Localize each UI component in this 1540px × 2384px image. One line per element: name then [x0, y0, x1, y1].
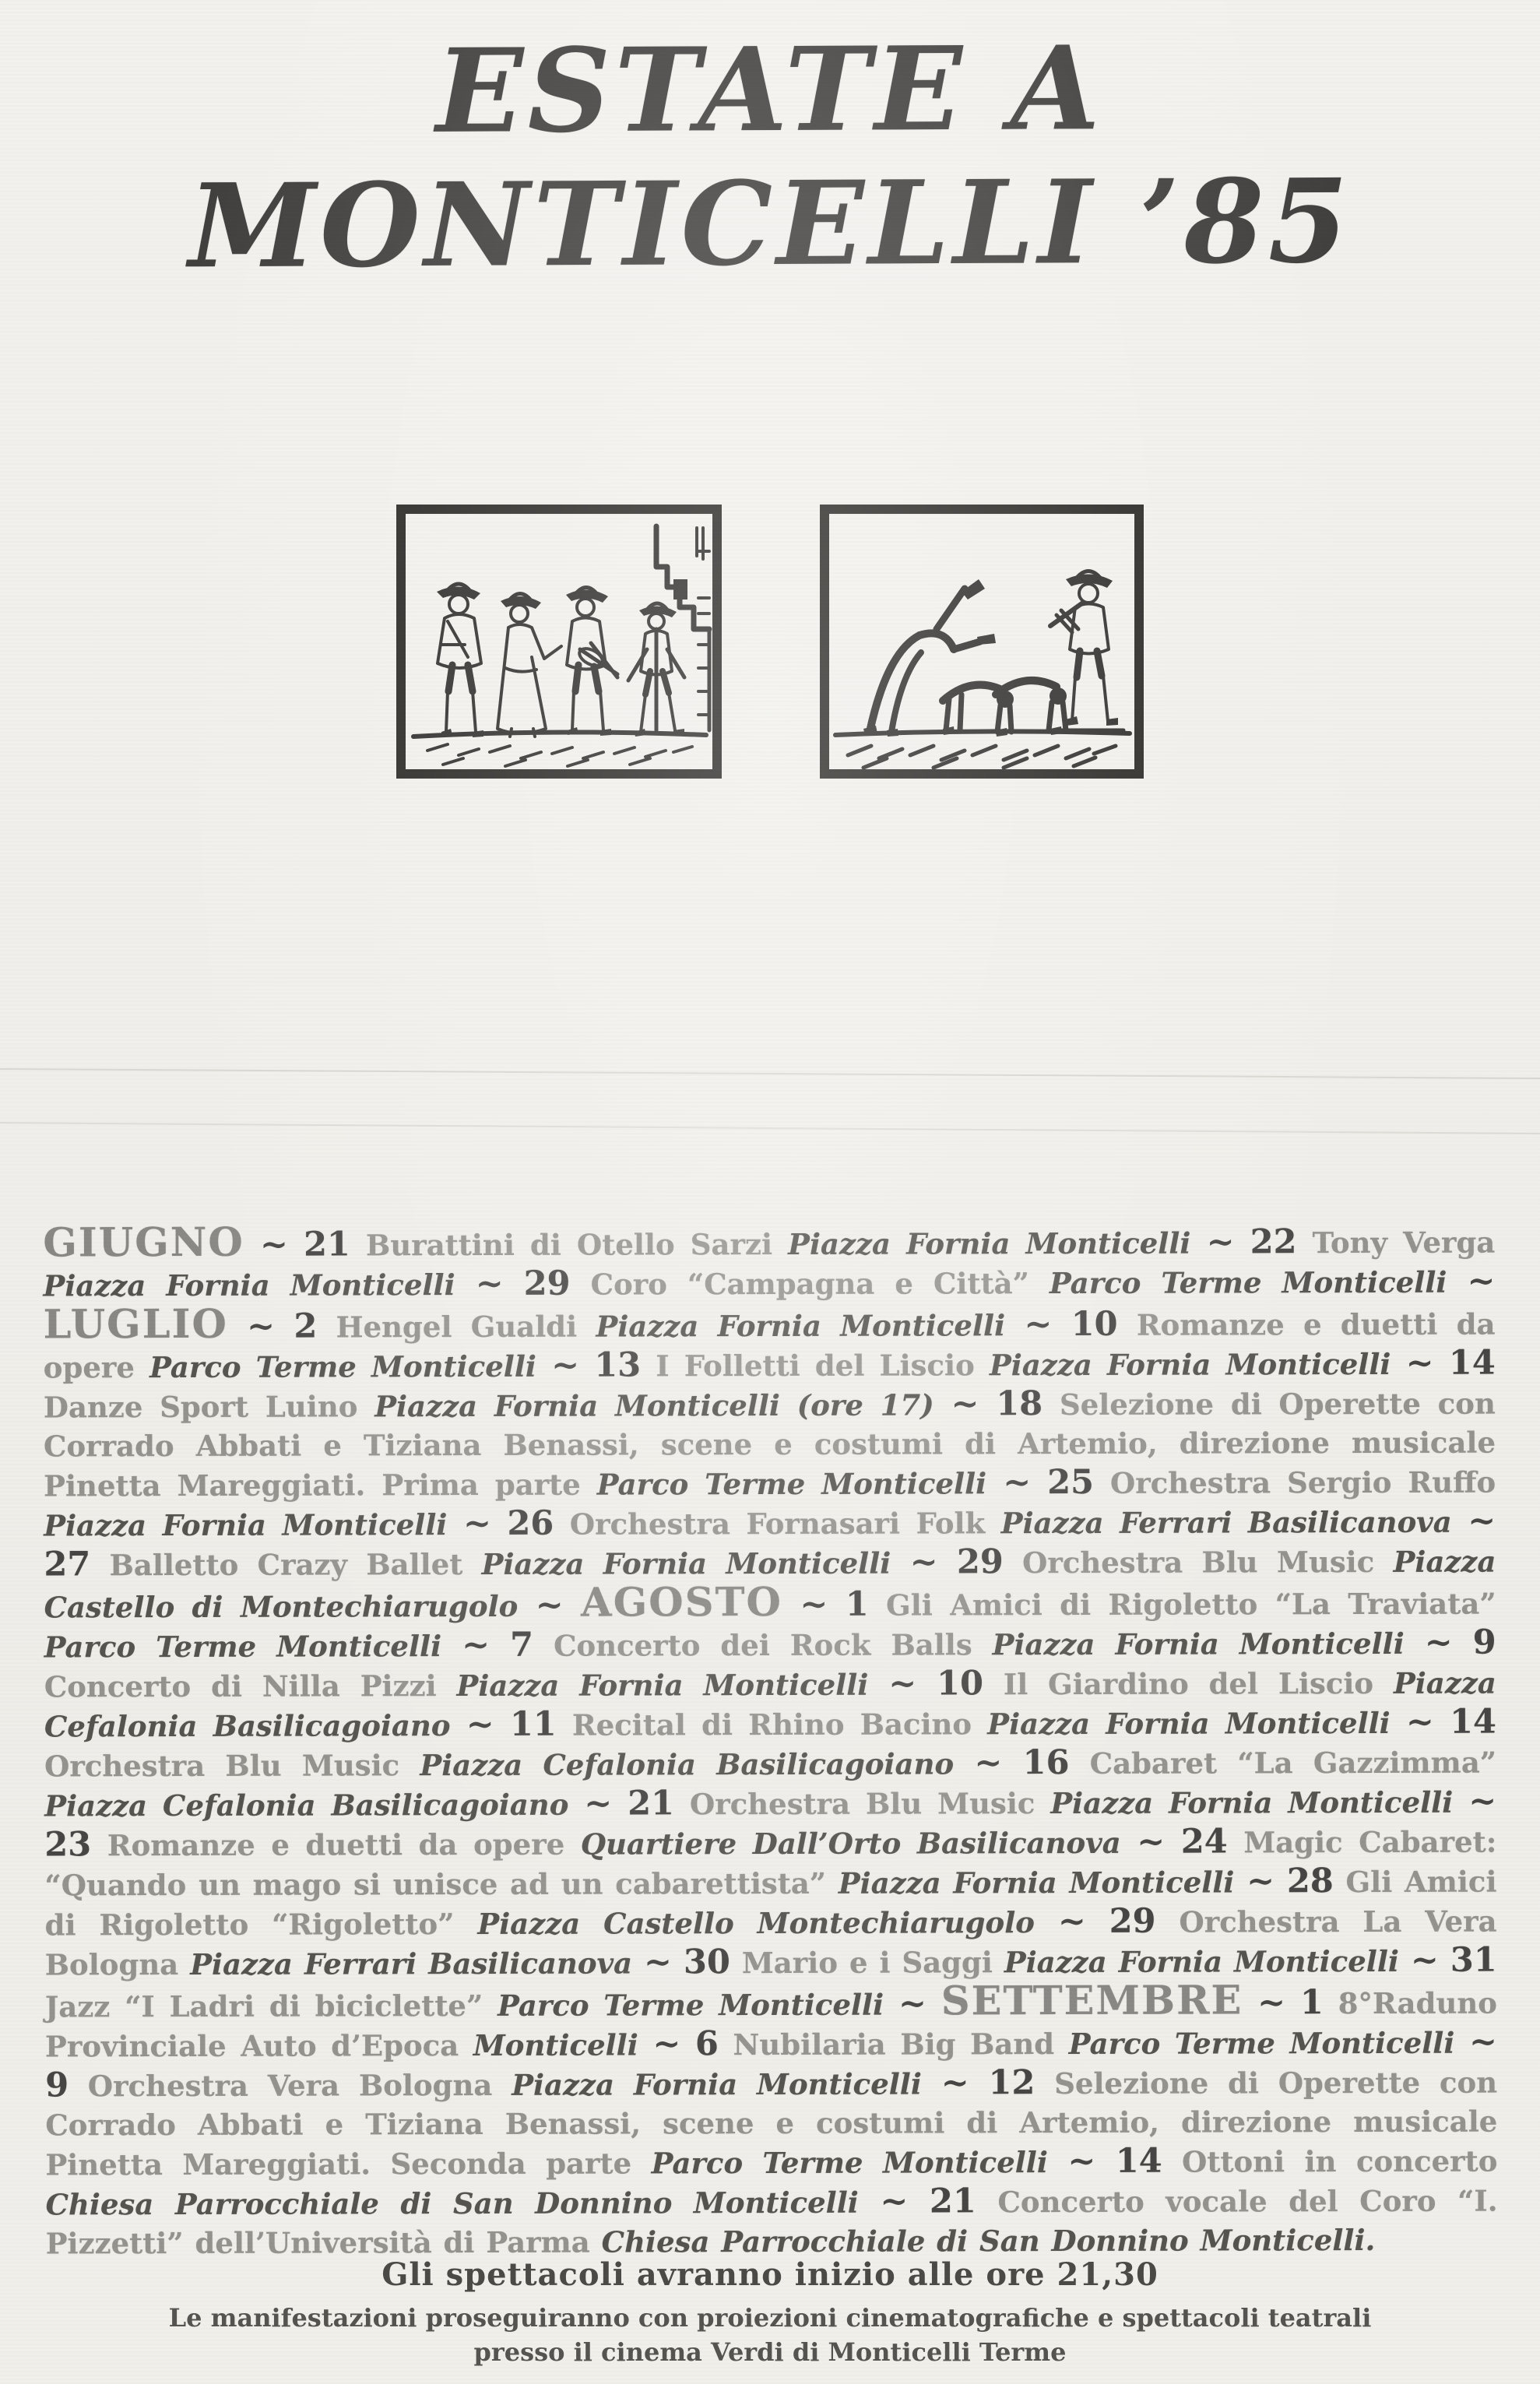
event-venue: Piazza Castello Montechiarugolo: [477, 1905, 1035, 1941]
page-title: ESTATE A MONTICELLI ’85: [0, 20, 1540, 294]
separator-tilde: ~: [1406, 1344, 1434, 1383]
event-date: 9: [45, 2066, 69, 2104]
separator-tilde: ~: [1468, 1502, 1496, 1541]
month-heading: SETTEMBRE: [941, 1977, 1243, 2024]
separator-tilde: ~: [888, 1665, 916, 1704]
separator-tilde: ~: [652, 2024, 680, 2063]
event-venue: Piazza Cefalonia Basilicagoiano: [420, 1746, 954, 1782]
separator-tilde: ~: [1246, 1862, 1275, 1901]
separator-tilde: ~: [260, 1225, 288, 1264]
separator-tilde: ~: [1257, 1983, 1285, 2022]
event-date: 16: [1023, 1743, 1070, 1782]
event-venue: Quartiere Dall’Orto Basilicanova: [581, 1826, 1121, 1862]
event-venue: Parco Terme Monticelli: [149, 1349, 536, 1384]
separator-tilde: ~: [1206, 1222, 1234, 1261]
event-venue: Parco Terme Monticelli: [652, 2145, 1048, 2180]
separator-tilde: ~: [951, 1384, 979, 1423]
event-name: Ottoni in concerto: [1182, 2144, 1497, 2179]
event-name: Orchestra Blu Music: [1022, 1545, 1374, 1580]
separator-tilde: ~: [551, 1346, 579, 1385]
month-heading: GIUGNO: [43, 1219, 244, 1267]
separator-tilde: ~: [1468, 1782, 1496, 1821]
event-name: Danze Sport Luino: [44, 1389, 358, 1424]
event-venue: Piazza Fornia Monticelli: [993, 1626, 1405, 1661]
event-date: 29: [524, 1264, 571, 1303]
event-name: Nubilaria Big Band: [733, 2027, 1054, 2062]
poster-page: ESTATE A MONTICELLI ’85: [0, 0, 1540, 2384]
event-date: 22: [1250, 1222, 1297, 1261]
event-venue: Piazza Fornia Monticelli: [596, 1308, 1005, 1343]
separator-tilde: ~: [247, 1307, 275, 1346]
event-name: Concerto di Nilla Pizzi: [44, 1668, 437, 1704]
event-date: 21: [304, 1225, 350, 1264]
event-name: Tony Verga: [1313, 1225, 1496, 1261]
event-date: 6: [695, 2024, 719, 2063]
event-venue: Piazza Fornia Monticelli: [43, 1268, 455, 1303]
event-venue: Piazza Fornia Monticelli: [788, 1226, 1190, 1261]
continuation-note: Le manifestazioni proseguiranno con proi…: [0, 2303, 1540, 2333]
separator-tilde: ~: [1003, 1463, 1031, 1502]
event-date: 13: [594, 1345, 641, 1384]
separator-tilde: ~: [536, 1586, 564, 1625]
event-venue: Piazza Fornia Monticelli: [839, 1865, 1235, 1900]
separator-tilde: ~: [880, 2182, 908, 2221]
separator-tilde: ~: [910, 1542, 938, 1581]
month-heading: AGOSTO: [581, 1579, 782, 1626]
event-venue: Piazza Fornia Monticelli: [1004, 1944, 1399, 1979]
event-name: Gli Amici di Rigoletto “La Traviata”: [886, 1587, 1496, 1623]
event-date: 29: [957, 1542, 1004, 1581]
event-name: Balletto Crazy Ballet: [109, 1547, 462, 1582]
event-date: 1: [1300, 1983, 1324, 2022]
event-venue: Piazza Fornia Monticelli: [1050, 1785, 1453, 1820]
event-name: Orchestra Blu Music: [44, 1748, 399, 1783]
event-date: 28: [1287, 1862, 1334, 1901]
event-date: 11: [510, 1705, 557, 1744]
event-date: 2: [294, 1307, 317, 1346]
separator-tilde: ~: [1024, 1305, 1052, 1344]
event-venue: Piazza Fornia Monticelli: [987, 1706, 1391, 1741]
event-date: 14: [1116, 2142, 1162, 2181]
separator-tilde: ~: [1067, 2142, 1095, 2181]
event-venue: Piazza Fornia Monticelli: [44, 1507, 447, 1542]
event-venue: Piazza Cefalonia Basilicagoiano: [44, 1788, 568, 1823]
event-date: 10: [937, 1664, 983, 1703]
event-date: 10: [1071, 1305, 1118, 1344]
separator-tilde: ~: [1411, 1941, 1439, 1980]
event-date: 26: [507, 1504, 554, 1543]
separator-tilde: ~: [1137, 1823, 1165, 1862]
title-line-2: MONTICELLI ’85: [0, 153, 1540, 294]
separator-tilde: ~: [476, 1264, 504, 1303]
event-date: 21: [628, 1784, 674, 1823]
separator-tilde: ~: [800, 1585, 828, 1624]
event-date: 9: [1473, 1623, 1496, 1662]
event-name: Concerto dei Rock Balls: [554, 1627, 972, 1662]
month-heading: LUGLIO: [44, 1301, 228, 1348]
woodcut-musicians-illustration: [396, 505, 722, 779]
event-venue: Piazza Ferrari Basilicanova: [190, 1946, 632, 1981]
event-venue: Parco Terme Monticelli: [1050, 1265, 1447, 1300]
separator-tilde: ~: [1469, 2023, 1497, 2062]
event-venue: Monticelli: [473, 2027, 638, 2062]
event-name: Il Giardino del Liscio: [1004, 1666, 1373, 1701]
separator-tilde: ~: [974, 1743, 1002, 1782]
separator-tilde: ~: [463, 1504, 491, 1543]
event-name: Jazz “I Ladri di biciclette”: [45, 1988, 483, 2024]
event-name: Orchestra Blu Music: [690, 1786, 1035, 1821]
event-venue: Chiesa Parrocchiale di San Donnino Monti…: [45, 2185, 858, 2222]
separator-tilde: ~: [898, 1984, 926, 2023]
woodcut-acrobats-illustration: [820, 505, 1144, 779]
event-date: 14: [1450, 1703, 1496, 1742]
event-date: 18: [996, 1384, 1042, 1423]
event-date: 14: [1449, 1344, 1496, 1383]
event-date: 12: [988, 2063, 1035, 2102]
showtime-note: Gli spettacoli avranno inizio alle ore 2…: [0, 2256, 1540, 2293]
event-venue: Piazza Fornia Monticelli: [990, 1347, 1391, 1382]
event-name: Mario e i Saggi: [742, 1945, 993, 1980]
event-date: 29: [1109, 1902, 1156, 1941]
event-venue: Piazza Fornia Monticelli: [456, 1668, 868, 1703]
event-name: Orchestra Vera Bologna: [88, 2068, 493, 2103]
event-venue: Piazza Fornia Monticelli (ore 17): [374, 1387, 934, 1423]
event-venue: Piazza Ferrari Basilicanova: [1001, 1505, 1452, 1541]
event-name: Recital di Rhino Bacino: [572, 1707, 972, 1742]
event-name: Orchestra Fornasari Folk: [570, 1506, 985, 1541]
event-name: Hengel Gualdi: [336, 1310, 578, 1345]
separator-tilde: ~: [584, 1784, 612, 1823]
event-venue: Piazza Fornia Monticelli: [482, 1546, 891, 1581]
event-venue: Parco Terme Monticelli: [44, 1629, 442, 1664]
event-date: 27: [44, 1545, 90, 1584]
separator-tilde: ~: [1425, 1623, 1453, 1662]
event-name: Coro “Campagna e Città”: [591, 1266, 1029, 1301]
event-venue: Parco Terme Monticelli: [1069, 2026, 1455, 2061]
event-date: 1: [846, 1585, 869, 1624]
event-date: 23: [44, 1825, 91, 1864]
woodcut-illustrations: [0, 505, 1540, 779]
paper-fold-crease: [0, 1122, 1540, 1134]
separator-tilde: ~: [466, 1705, 494, 1744]
event-date: 21: [930, 2182, 976, 2220]
separator-tilde: ~: [1406, 1703, 1434, 1742]
event-name: Orchestra Sergio Ruffo: [1110, 1465, 1496, 1500]
event-date: 25: [1047, 1463, 1094, 1502]
separator-tilde: ~: [644, 1943, 672, 1981]
event-date: 30: [684, 1943, 730, 1981]
separator-tilde: ~: [941, 2063, 969, 2102]
title-line-1: ESTATE A: [0, 20, 1540, 160]
event-name: I Folletti del Liscio: [656, 1348, 974, 1383]
event-venue: Parco Terme Monticelli: [498, 1988, 884, 2023]
separator-tilde: ~: [1058, 1902, 1086, 1941]
separator-tilde: ~: [462, 1626, 490, 1665]
program-text: GIUGNO ~ 21 Burattini di Otello Sarzi Pi…: [43, 1220, 1497, 2263]
event-name: Burattini di Otello Sarzi: [366, 1227, 772, 1262]
cinema-note: presso il cinema Verdi di Monticelli Ter…: [0, 2337, 1540, 2367]
event-name: Cabaret “La Gazzimma”: [1090, 1746, 1496, 1781]
separator-tilde: ~: [1467, 1262, 1495, 1301]
event-venue: Parco Terme Monticelli: [597, 1466, 987, 1501]
event-name: Romanze e duetti da opere: [107, 1827, 565, 1863]
event-venue: Piazza Fornia Monticelli: [512, 2066, 922, 2101]
event-date: 31: [1450, 1941, 1497, 1980]
paper-fold-crease: [0, 1068, 1540, 1079]
event-date: 24: [1181, 1822, 1228, 1861]
event-date: 7: [510, 1626, 533, 1665]
event-venue: Chiesa Parrocchiale di San Donnino Monti…: [602, 2223, 1376, 2259]
